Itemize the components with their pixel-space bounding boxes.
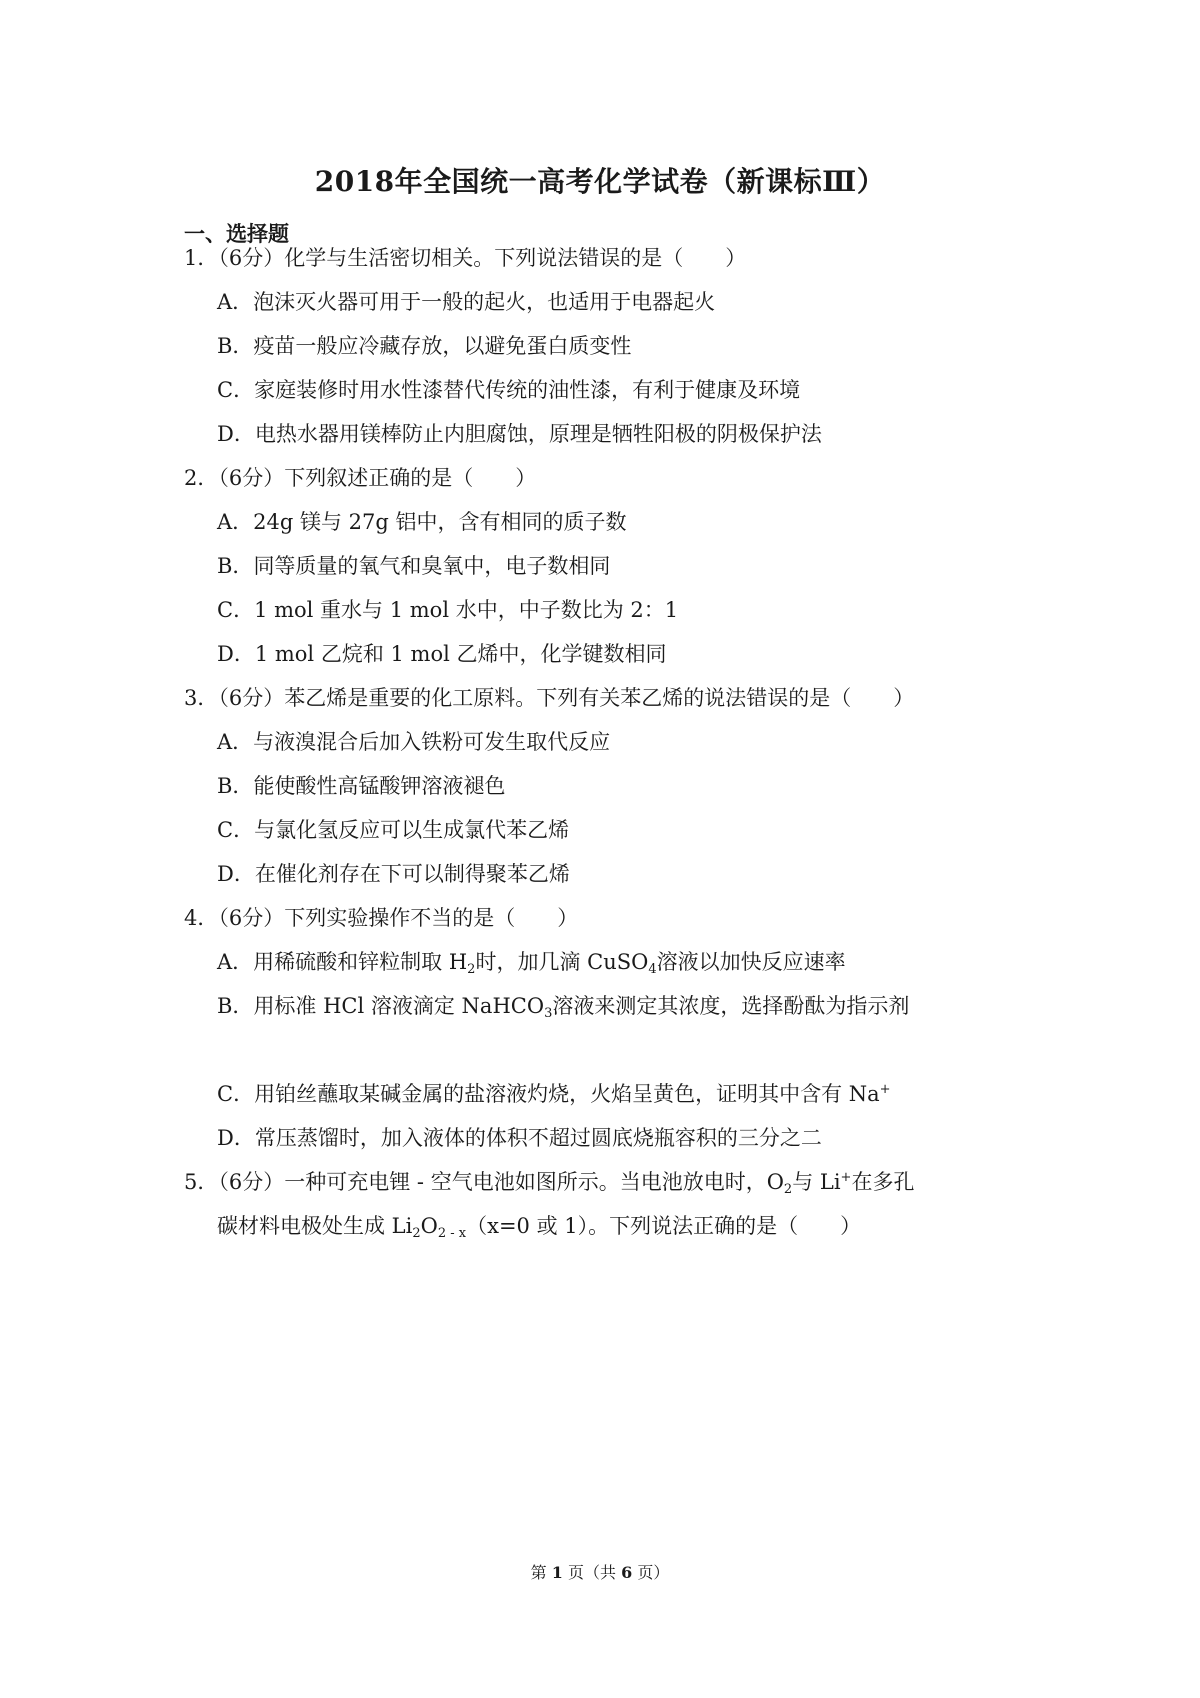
option-text: 家庭装修时用水性漆替代传统的油性漆，有利于健康及环境 [254, 378, 800, 402]
question-score: （6分） [218, 246, 284, 270]
subscript: 2 [784, 1182, 792, 1197]
question-score: （6分） [218, 906, 284, 930]
question-stem: 在多孔 [851, 1170, 914, 1194]
option-1a: A．泡沫灭火器可用于一般的起火，也适用于电器起火 [217, 288, 715, 316]
option-3c: C．与氯化氢反应可以生成氯代苯乙烯 [217, 816, 569, 844]
question-stem: 下列叙述正确的是（ ） [284, 466, 536, 490]
option-text: 1 mol 乙烷和 1 mol 乙烯中，化学键数相同 [255, 642, 667, 666]
question-3: 3．（6分）苯乙烯是重要的化工原料。下列有关苯乙烯的说法错误的是（ ） [184, 684, 914, 712]
option-label: A． [217, 730, 253, 754]
option-label: B． [217, 554, 253, 578]
option-2b: B．同等质量的氧气和臭氧中，电子数相同 [217, 552, 610, 580]
page-title: 2018年全国统一高考化学试卷（新课标Ⅲ） [0, 160, 1200, 200]
option-2c: C．1 mol 重水与 1 mol 水中，中子数比为 2：1 [217, 596, 678, 624]
question-stem: 下列实验操作不当的是（ ） [284, 906, 578, 930]
option-3b: B．能使酸性高锰酸钾溶液褪色 [217, 772, 505, 800]
option-2d: D．1 mol 乙烷和 1 mol 乙烯中，化学键数相同 [217, 640, 667, 668]
question-stem: 碳材料电极处生成 Li [217, 1214, 412, 1238]
footer-text: 页） [637, 1563, 669, 1582]
exam-page: 2018年全国统一高考化学试卷（新课标Ⅲ） 一、选择题 1．（6分）化学与生活密… [0, 0, 1200, 1698]
option-label: C． [217, 598, 254, 622]
option-3d: D．在催化剂存在下可以制得聚苯乙烯 [217, 860, 570, 888]
option-text: 与液溴混合后加入铁粉可发生取代反应 [253, 730, 610, 754]
footer-text: 页（共 [568, 1563, 616, 1582]
option-text: 溶液以加快反应速率 [657, 950, 846, 974]
superscript: + [880, 1082, 891, 1097]
option-text: 1 mol 重水与 1 mol 水中，中子数比为 2：1 [254, 598, 678, 622]
question-number: 5． [184, 1170, 218, 1194]
option-label: C． [217, 1082, 254, 1106]
question-1: 1．（6分）化学与生活密切相关。下列说法错误的是（ ） [184, 244, 746, 272]
subscript: 2 - x [438, 1226, 466, 1241]
question-5: 5．（6分）一种可充电锂 - 空气电池如图所示。当电池放电时，O2与 Li+在多… [184, 1168, 914, 1196]
question-5-continued: 碳材料电极处生成 Li2O2 - x（x=0 或 1）。下列说法正确的是（ ） [217, 1212, 861, 1240]
option-label: B． [217, 334, 253, 358]
option-label: C． [217, 378, 254, 402]
option-4d: D．常压蒸馏时，加入液体的体积不超过圆底烧瓶容积的三分之二 [217, 1124, 822, 1152]
option-text: 用标准 HCl 溶液滴定 NaHCO [253, 994, 544, 1018]
option-2a: A．24g 镁与 27g 铝中，含有相同的质子数 [217, 508, 627, 536]
question-stem: 化学与生活密切相关。下列说法错误的是（ ） [284, 246, 746, 270]
option-label: D． [217, 642, 255, 666]
option-text: 疫苗一般应冷藏存放，以避免蛋白质变性 [253, 334, 631, 358]
option-text: 24g 镁与 27g 铝中，含有相同的质子数 [253, 510, 626, 534]
option-1b: B．疫苗一般应冷藏存放，以避免蛋白质变性 [217, 332, 631, 360]
option-text: 与氯化氢反应可以生成氯代苯乙烯 [254, 818, 569, 842]
option-label: B． [217, 774, 253, 798]
option-text: 电热水器用镁棒防止内胆腐蚀，原理是牺牲阳极的阴极保护法 [255, 422, 822, 446]
option-label: C． [217, 818, 254, 842]
option-label: A． [217, 950, 253, 974]
option-text: 能使酸性高锰酸钾溶液褪色 [253, 774, 505, 798]
option-4b: B．用标准 HCl 溶液滴定 NaHCO3溶液来测定其浓度，选择酚酞为指示剂 [217, 992, 909, 1020]
option-1c: C．家庭装修时用水性漆替代传统的油性漆，有利于健康及环境 [217, 376, 800, 404]
total-pages: 6 [621, 1563, 632, 1582]
option-4a: A．用稀硫酸和锌粒制取 H2时，加几滴 CuSO4溶液以加快反应速率 [217, 948, 846, 976]
question-number: 1． [184, 246, 218, 270]
option-3a: A．与液溴混合后加入铁粉可发生取代反应 [217, 728, 610, 756]
option-label: B． [217, 994, 253, 1018]
question-score: （6分） [218, 1170, 284, 1194]
page-footer: 第 1 页（共 6 页） [0, 1560, 1200, 1583]
option-text: 时，加几滴 CuSO [475, 950, 648, 974]
question-stem: O [421, 1214, 438, 1238]
question-number: 2． [184, 466, 218, 490]
option-label: A． [217, 510, 253, 534]
question-stem: 苯乙烯是重要的化工原料。下列有关苯乙烯的说法错误的是（ ） [284, 686, 914, 710]
question-2: 2．（6分）下列叙述正确的是（ ） [184, 464, 536, 492]
option-text: 泡沫灭火器可用于一般的起火，也适用于电器起火 [253, 290, 715, 314]
superscript: + [841, 1170, 852, 1185]
question-score: （6分） [218, 466, 284, 490]
question-score: （6分） [218, 686, 284, 710]
option-label: D． [217, 862, 255, 886]
question-stem: 与 Li [792, 1170, 840, 1194]
option-1d: D．电热水器用镁棒防止内胆腐蚀，原理是牺牲阳极的阴极保护法 [217, 420, 822, 448]
option-4c: C．用铂丝蘸取某碱金属的盐溶液灼烧，火焰呈黄色，证明其中含有 Na+ [217, 1080, 891, 1108]
option-text: 常压蒸馏时，加入液体的体积不超过圆底烧瓶容积的三分之二 [255, 1126, 822, 1150]
option-label: A． [217, 290, 253, 314]
footer-text: 第 [531, 1563, 547, 1582]
question-number: 4． [184, 906, 218, 930]
option-text: 在催化剂存在下可以制得聚苯乙烯 [255, 862, 570, 886]
option-label: D． [217, 1126, 255, 1150]
subscript: 4 [648, 962, 656, 977]
question-number: 3． [184, 686, 218, 710]
question-stem: （x=0 或 1）。下列说法正确的是（ ） [466, 1214, 861, 1238]
question-stem: 一种可充电锂 - 空气电池如图所示。当电池放电时，O [284, 1170, 784, 1194]
subscript: 2 [412, 1226, 420, 1241]
page-number: 1 [552, 1563, 563, 1582]
option-text: 用铂丝蘸取某碱金属的盐溶液灼烧，火焰呈黄色，证明其中含有 Na [254, 1082, 880, 1106]
option-text: 溶液来测定其浓度，选择酚酞为指示剂 [552, 994, 909, 1018]
option-text: 同等质量的氧气和臭氧中，电子数相同 [253, 554, 610, 578]
option-text: 用稀硫酸和锌粒制取 H [253, 950, 467, 974]
question-4: 4．（6分）下列实验操作不当的是（ ） [184, 904, 578, 932]
option-label: D． [217, 422, 255, 446]
